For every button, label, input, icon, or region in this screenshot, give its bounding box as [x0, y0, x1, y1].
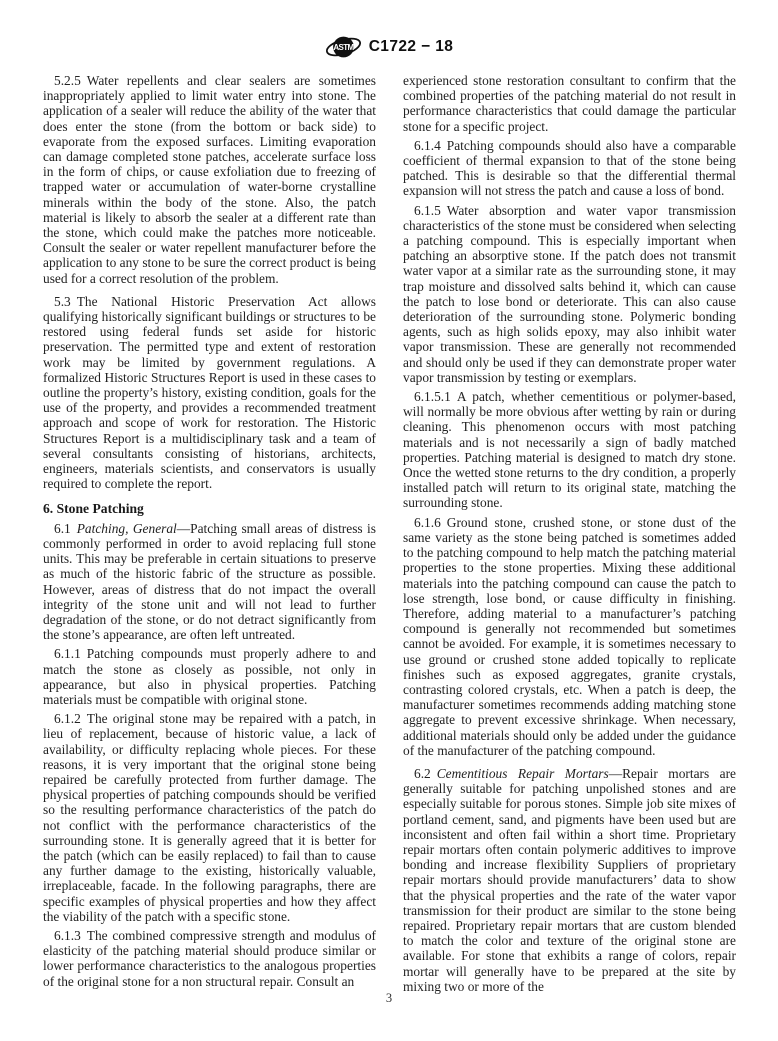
section-number: 6.1.6: [414, 515, 447, 530]
page-footer: 3: [0, 991, 778, 1006]
page-header: ASTM C1722 − 18: [0, 34, 778, 60]
paragraph-6.1: 6.1Patching, General—Patching small area…: [43, 521, 376, 643]
paragraph-6.1.5: 6.1.5Water absorption and water vapor tr…: [403, 203, 736, 385]
paragraph-5.2.5: 5.2.5Water repellents and clear sealers …: [43, 73, 376, 286]
section-number: 6.2: [414, 766, 437, 781]
paragraph-5.3: 5.3The National Historic Preservation Ac…: [43, 294, 376, 492]
astm-logo-text: ASTM: [333, 43, 354, 52]
paragraph-6.2: 6.2Cementitious Repair Mortars—Repair mo…: [403, 766, 736, 994]
document-page: ASTM C1722 − 18 5.2.5Water repellents an…: [0, 0, 778, 1041]
document-code: C1722 − 18: [369, 38, 454, 56]
astm-logo-icon: ASTM: [325, 34, 362, 60]
paragraph-continuation: experienced stone restoration consultant…: [403, 73, 736, 134]
section-number: 6.1.2: [54, 711, 87, 726]
section-number: 6.1.3: [54, 928, 87, 943]
paragraph-6.1.3: 6.1.3The combined compressive strength a…: [43, 928, 376, 989]
section-number: 5.3: [54, 294, 77, 309]
italic-lead: Cementitious Repair Mortars: [437, 766, 609, 781]
section-number: 6.1.5.1: [414, 389, 457, 404]
section-number: 5.2.5: [54, 73, 87, 88]
paragraph-6.1.1: 6.1.1Patching compounds must properly ad…: [43, 646, 376, 707]
document-body: 5.2.5Water repellents and clear sealers …: [43, 73, 736, 994]
italic-lead: Patching, General: [77, 521, 177, 536]
page-number: 3: [386, 991, 392, 1005]
left-column: 5.2.5Water repellents and clear sealers …: [43, 73, 376, 994]
paragraph-6.1.2: 6.1.2The original stone may be repaired …: [43, 711, 376, 924]
paragraph-6.1.6: 6.1.6Ground stone, crushed stone, or sto…: [403, 515, 736, 758]
section-heading: 6. Stone Patching: [43, 501, 376, 516]
section-number: 6.1.1: [54, 646, 87, 661]
paragraph-6.1.4: 6.1.4Patching compounds should also have…: [403, 138, 736, 199]
section-number: 6.1.4: [414, 138, 447, 153]
right-column: experienced stone restoration consultant…: [403, 73, 736, 994]
section-number: 6.1: [54, 521, 77, 536]
paragraph-6.1.5.1: 6.1.5.1A patch, whether cementitious or …: [403, 389, 736, 511]
section-number: 6.1.5: [414, 203, 447, 218]
